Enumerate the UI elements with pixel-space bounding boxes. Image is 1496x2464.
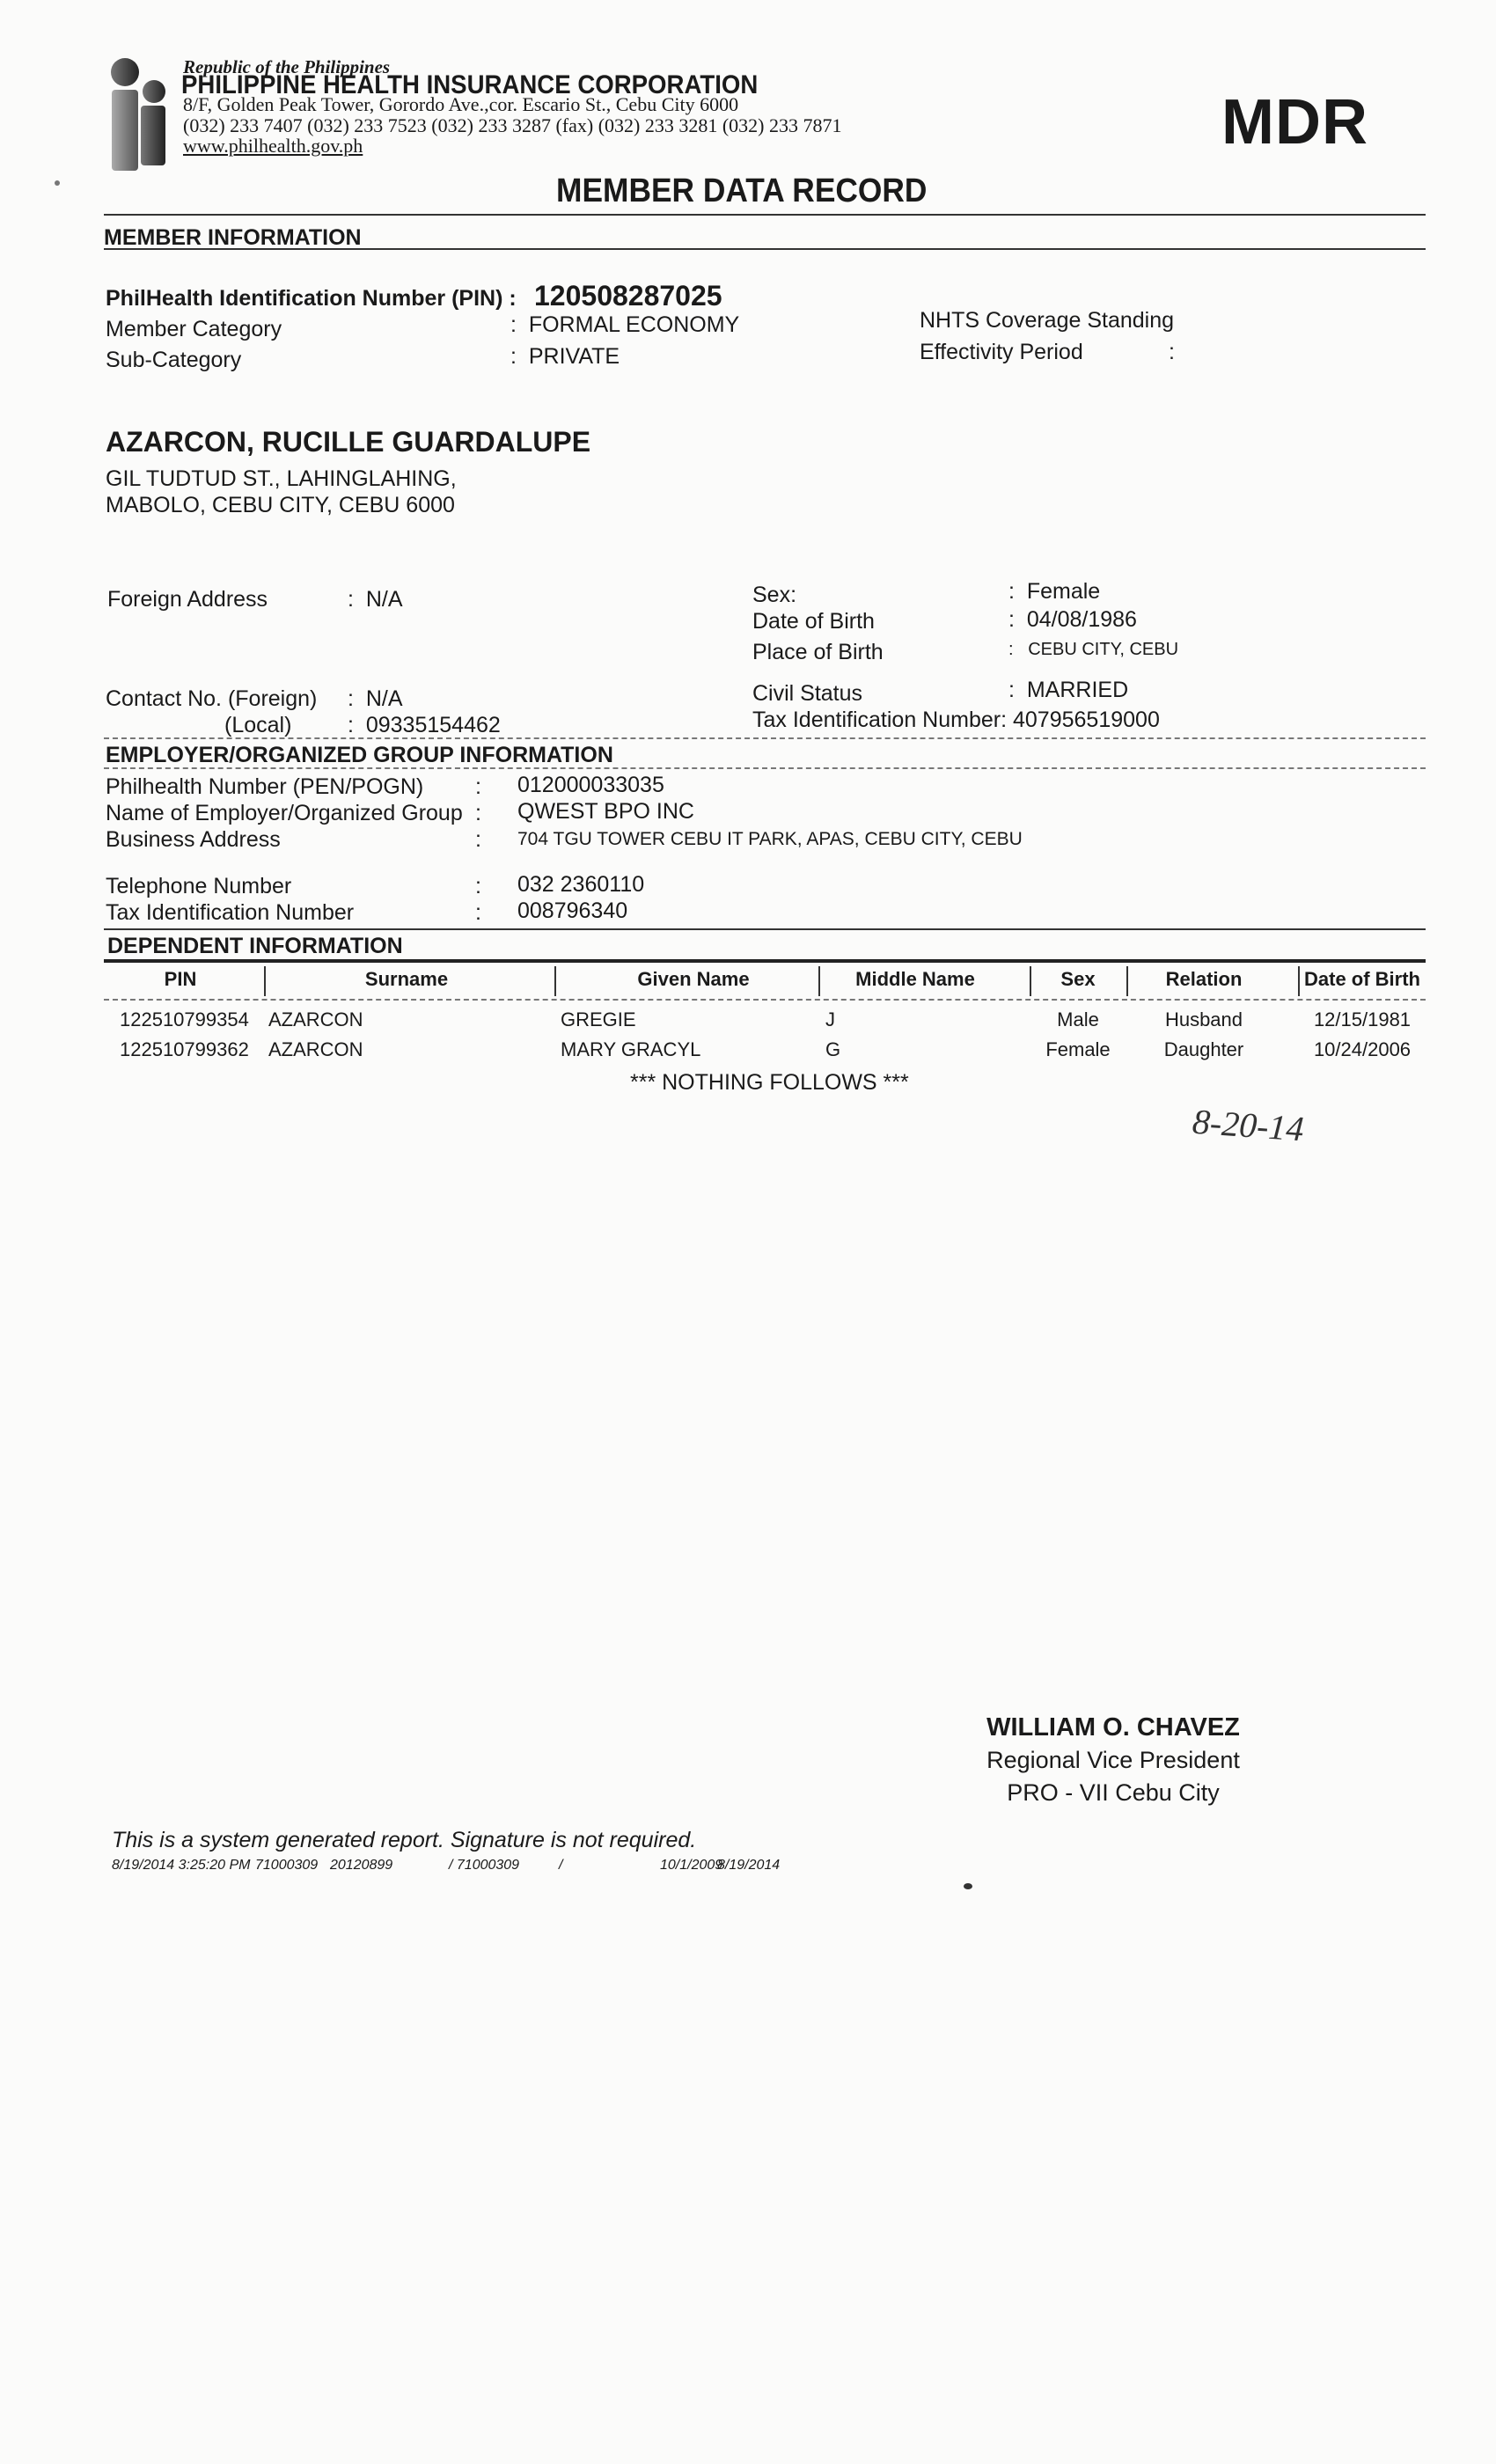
column-header: Surname [301, 968, 512, 991]
employer-field-label: Business Address [106, 827, 281, 853]
dependent-cell: Daughter [1125, 1038, 1283, 1061]
contact-foreign-value: : N/A [348, 686, 403, 712]
dependent-cell: MARY GRACYL [561, 1038, 700, 1061]
footer-meta-item: 20120899 [330, 1858, 392, 1874]
employer-field-value: 008796340 [517, 898, 627, 924]
colon: : [475, 774, 481, 800]
column-separator [1126, 966, 1128, 996]
category-value: : FORMAL ECONOMY [510, 312, 739, 338]
form-code: MDR [1221, 86, 1368, 158]
dependent-cell: 122510799354 [120, 1008, 249, 1031]
colon: : [475, 801, 481, 826]
effectivity-label: Effectivity Period [920, 340, 1083, 365]
column-separator [818, 966, 820, 996]
divider [104, 959, 1426, 963]
footer-meta-item: 8/19/2014 [717, 1858, 780, 1874]
column-separator [264, 966, 266, 996]
member-name: AZARCON, RUCILLE GUARDALUPE [106, 426, 590, 458]
page-title: MEMBER DATA RECORD [556, 172, 927, 210]
divider [104, 999, 1426, 1001]
footer-meta-item: 10/1/2009 [660, 1858, 722, 1874]
dependent-cell: 12/15/1981 [1283, 1008, 1441, 1031]
nhts-label: NHTS Coverage Standing [920, 308, 1174, 334]
column-separator [1298, 966, 1300, 996]
footer-meta-item: / [559, 1858, 562, 1874]
contact-local-value: : 09335154462 [348, 713, 501, 738]
org-address: 8/F, Golden Peak Tower, Gorordo Ave.,cor… [183, 93, 738, 116]
divider [104, 214, 1426, 216]
subcategory-value: : PRIVATE [510, 344, 620, 370]
divider [104, 248, 1426, 250]
employer-field-value: 012000033035 [517, 773, 664, 798]
divider [104, 737, 1426, 739]
civil-status-label: Civil Status [752, 681, 862, 707]
colon: : [475, 874, 481, 899]
column-separator [554, 966, 556, 996]
footer-meta-item: / 71000309 [449, 1858, 519, 1874]
foreign-address-label: Foreign Address [107, 587, 268, 612]
subcategory-label: Sub-Category [106, 348, 241, 373]
signatory-name: WILLIAM O. CHAVEZ [937, 1712, 1289, 1743]
dependent-section-title: DEPENDENT INFORMATION [107, 934, 403, 959]
employer-field-value: 032 2360110 [517, 872, 644, 898]
dependent-cell: Husband [1125, 1008, 1283, 1031]
column-separator [1030, 966, 1031, 996]
pin-label: PhilHealth Identification Number (PIN) : [106, 286, 517, 312]
column-header: Date of Birth [1257, 968, 1468, 991]
divider [104, 767, 1426, 769]
foreign-address-value: : N/A [348, 587, 403, 612]
employer-field-label: Philhealth Number (PEN/POGN) [106, 774, 423, 800]
dependent-cell: AZARCON [268, 1038, 363, 1061]
signatory-office: PRO - VII Cebu City [937, 1777, 1289, 1808]
dependent-cell: AZARCON [268, 1008, 363, 1031]
nothing-follows: *** NOTHING FOLLOWS *** [630, 1070, 909, 1096]
signatory-position: Regional Vice President [937, 1743, 1289, 1777]
philhealth-logo [106, 55, 176, 173]
employer-field-label: Tax Identification Number [106, 900, 354, 926]
sex-label: Sex: [752, 583, 796, 608]
system-disclaimer: This is a system generated report. Signa… [112, 1828, 696, 1853]
footer-meta-item: 8/19/2014 3:25:20 PM [112, 1858, 250, 1874]
column-header: PIN [75, 968, 286, 991]
employer-field-label: Telephone Number [106, 874, 291, 899]
employer-field-value: 704 TGU TOWER CEBU IT PARK, APAS, CEBU C… [517, 829, 1023, 850]
member-section-title: MEMBER INFORMATION [104, 225, 362, 251]
employer-section-title: EMPLOYER/ORGANIZED GROUP INFORMATION [106, 743, 613, 768]
tin-label: Tax Identification Number: 407956519000 [752, 708, 1160, 733]
dependent-cell: G [825, 1038, 840, 1061]
contact-foreign-label: Contact No. (Foreign) [106, 686, 317, 712]
column-header: Given Name [588, 968, 799, 991]
effectivity-colon: : [1169, 340, 1175, 365]
divider [104, 928, 1426, 930]
speck [55, 180, 60, 186]
sex-value: : Female [1008, 579, 1100, 605]
member-address-line1: GIL TUDTUD ST., LAHINGLAHING, [106, 466, 457, 492]
dob-label: Date of Birth [752, 609, 875, 634]
employer-field-label: Name of Employer/Organized Group [106, 801, 463, 826]
org-website[interactable]: www.philhealth.gov.ph [183, 135, 363, 158]
dependent-cell: 122510799362 [120, 1038, 249, 1061]
dependent-cell: J [825, 1008, 835, 1031]
colon: : [475, 827, 481, 853]
civil-status-value: : MARRIED [1008, 678, 1128, 703]
member-address-line2: MABOLO, CEBU CITY, CEBU 6000 [106, 493, 455, 518]
dependent-cell: 10/24/2006 [1283, 1038, 1441, 1061]
contact-local-label: (Local) [224, 713, 291, 738]
dependent-cell: GREGIE [561, 1008, 636, 1031]
footer-meta-item: 71000309 [255, 1858, 318, 1874]
pob-value: : CEBU CITY, CEBU [1008, 640, 1178, 660]
category-label: Member Category [106, 317, 282, 342]
pob-label: Place of Birth [752, 640, 884, 665]
handwritten-date: 8-20-14 [1192, 1101, 1306, 1150]
dob-value: : 04/08/1986 [1008, 607, 1137, 633]
colon: : [475, 900, 481, 926]
employer-field-value: QWEST BPO INC [517, 799, 694, 825]
pin-value: 120508287025 [534, 280, 722, 312]
speck [964, 1883, 972, 1889]
signatory-block: WILLIAM O. CHAVEZ Regional Vice Presiden… [937, 1712, 1289, 1808]
